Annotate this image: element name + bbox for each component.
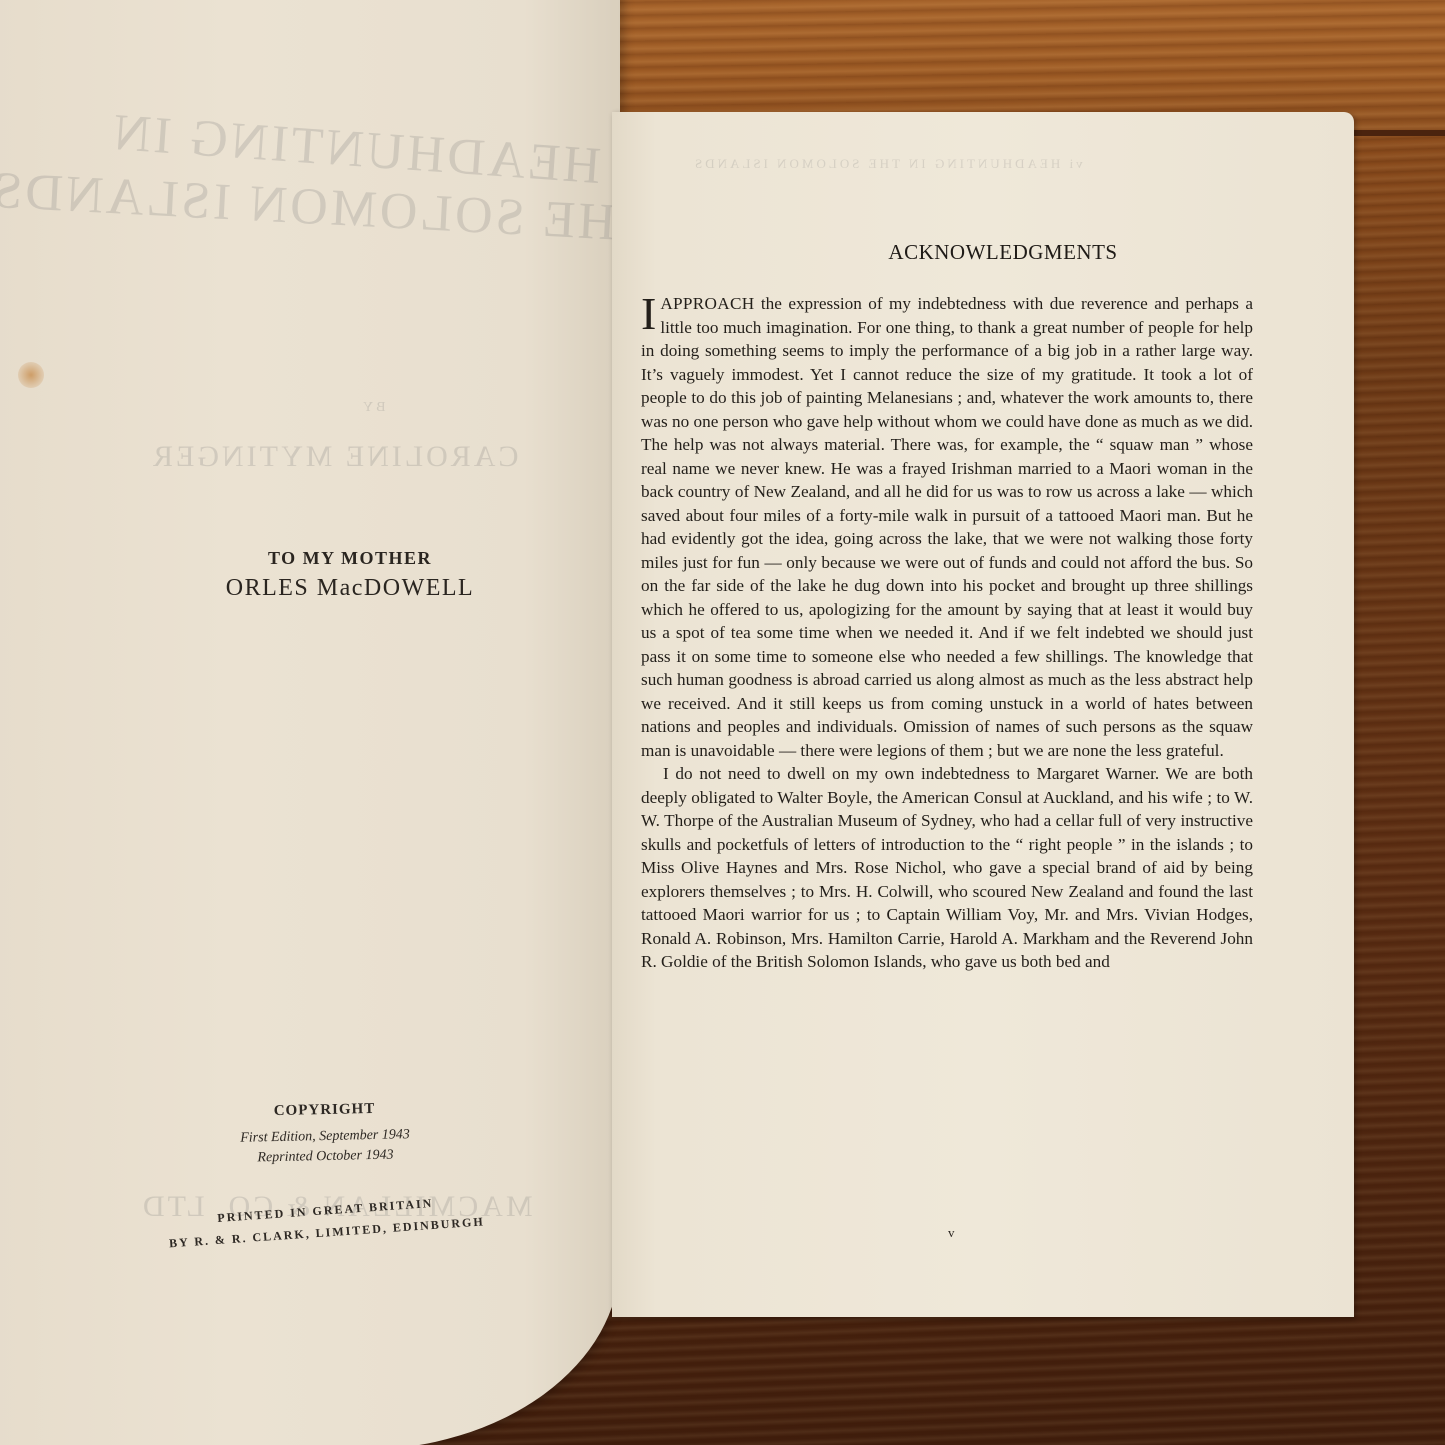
drop-cap: I	[641, 294, 656, 334]
dedication-line1: TO MY MOTHER	[210, 548, 490, 569]
right-page: vi HEADHUNTING IN THE SOLOMON ISLANDS AC…	[612, 112, 1354, 1317]
bleed-through-by: BY	[360, 400, 385, 416]
copyright-block: COPYRIGHT First Edition, September 1943 …	[199, 1099, 450, 1167]
paragraph-1-text: the expression of my indebtedness with d…	[641, 294, 1253, 760]
dedication-name: ORLES MacDOWELL	[210, 575, 490, 602]
paragraph-1: IAPPROACH the expression of my indebtedn…	[641, 292, 1253, 762]
first-edition-line: First Edition, September 1943	[200, 1126, 450, 1147]
bleed-through-author: CAROLINE MYTINGER	[150, 440, 518, 474]
copyright-label: COPYRIGHT	[199, 1099, 449, 1121]
left-page: HEADHUNTING IN THE SOLOMON ISLANDS BY CA…	[0, 0, 620, 1445]
page-number: v	[948, 1225, 955, 1241]
paragraph-2: I do not need to dwell on my own indebte…	[641, 762, 1253, 974]
lead-in-caps: APPROACH	[660, 294, 754, 313]
foxing-stain	[18, 362, 44, 388]
page-title: ACKNOWLEDGMENTS	[612, 240, 1354, 265]
acknowledgments-body: IAPPROACH the expression of my indebtedn…	[641, 292, 1253, 974]
reprint-line: Reprinted October 1943	[200, 1146, 450, 1167]
bleed-through-running-head: vi HEADHUNTING IN THE SOLOMON ISLANDS	[692, 156, 1083, 172]
dedication: TO MY MOTHER ORLES MacDOWELL	[210, 548, 490, 602]
